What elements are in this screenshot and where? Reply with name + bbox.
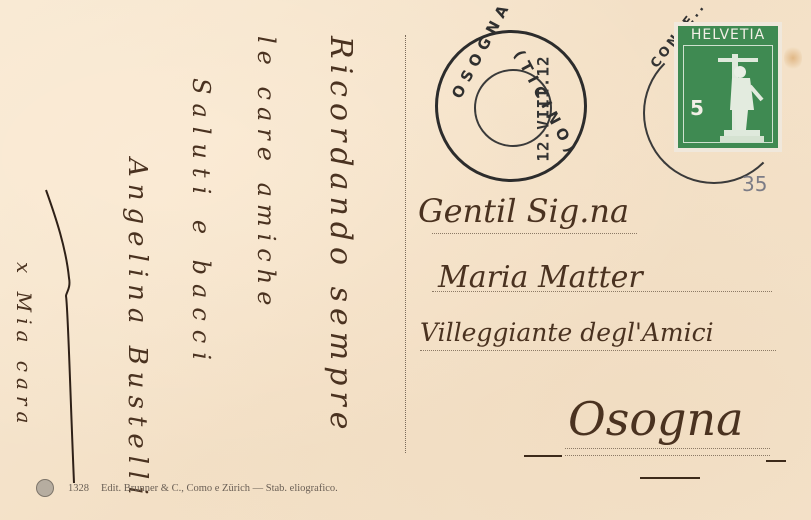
imprint-number: 1328 <box>68 483 89 494</box>
address-rule-4b <box>565 455 770 456</box>
stamp-face: HELVETIA 5 <box>678 26 778 148</box>
message-line-3: Saluti e bacci <box>187 78 215 369</box>
center-divider <box>405 35 406 453</box>
address-rule-1 <box>432 233 637 234</box>
address-line-1: Gentil Sig.na <box>418 192 629 230</box>
address-rule-3 <box>420 350 776 351</box>
address-line-3: Villeggiante degl'Amici <box>420 318 714 347</box>
address-line-4: Osogna <box>568 392 744 446</box>
postmark-date: 12.VIII.12 <box>534 55 553 161</box>
address-dash-left <box>524 455 562 457</box>
message-line-4: Angelina Bustelli <box>122 158 152 502</box>
imprint-text: Edit. Brunner & C., Como e Zürich — Stab… <box>101 483 338 494</box>
address-dash-right <box>766 460 786 462</box>
postmark-osogna: OSOGNA (TICINO) 12.VIII.12 <box>435 30 587 182</box>
margin-note: x Mia cara <box>12 262 36 429</box>
message-line-1: Ricordando sempre <box>323 36 358 436</box>
publisher-logo-icon <box>36 479 54 497</box>
address-rule-2 <box>432 291 772 292</box>
address-rule-4a <box>565 448 770 449</box>
address-line-2: Maria Matter <box>438 260 643 295</box>
message-line-2: le care amiche <box>252 36 280 312</box>
publisher-imprint: 1328 Edit. Brunner & C., Como e Zürich —… <box>36 480 338 496</box>
postage-stamp: HELVETIA 5 <box>674 22 782 152</box>
stamp-value: 5 <box>690 96 704 120</box>
paper-stain <box>784 45 802 71</box>
pencil-note: 35 <box>742 172 767 196</box>
stamp-country: HELVETIA <box>678 27 778 43</box>
address-underline <box>640 477 700 479</box>
margin-bracket <box>44 188 84 488</box>
william-tell-statue-icon <box>718 50 768 144</box>
